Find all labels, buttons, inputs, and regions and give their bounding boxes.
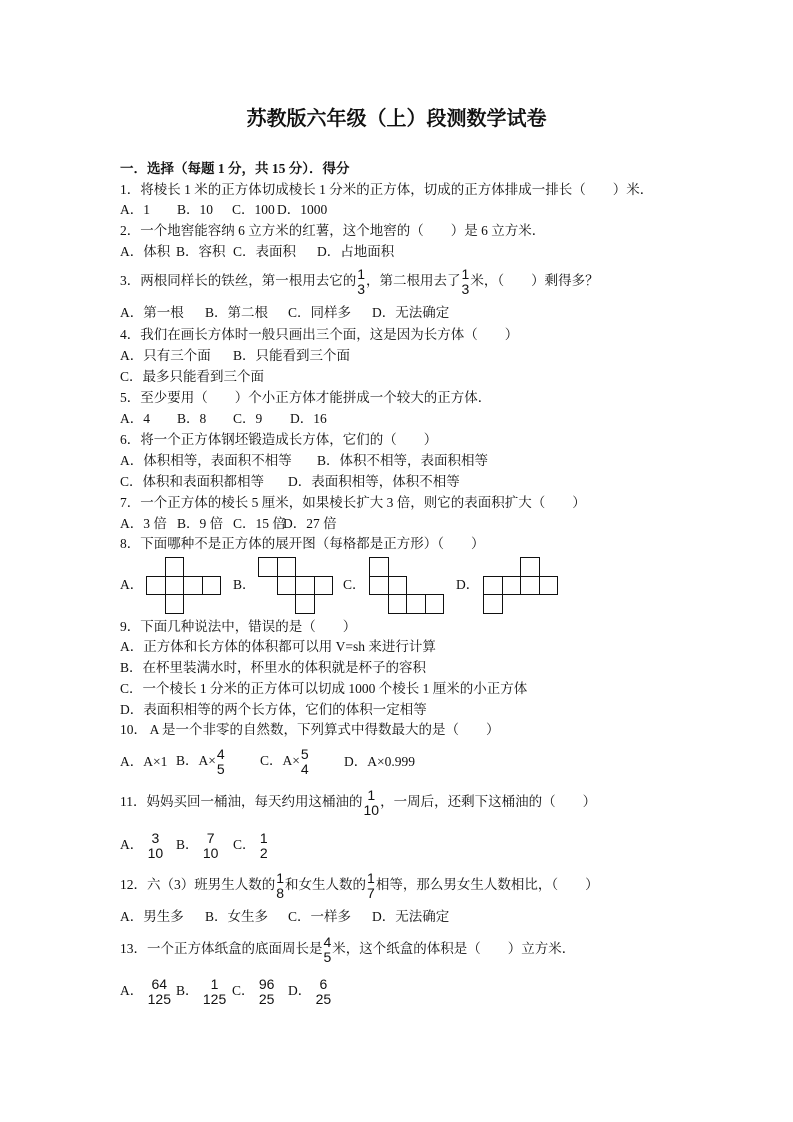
question-text: A 是一个非零的自然数，下列算式中得数最大的是（ ） [147, 722, 500, 737]
numerator: 4 [324, 935, 332, 950]
net-square [165, 576, 185, 596]
net-square [369, 557, 389, 577]
question-11-option-c: C． 12 [233, 831, 269, 861]
option-label: A． [120, 244, 143, 259]
net-square [295, 576, 315, 596]
option-label: C． [288, 909, 311, 924]
option-label: B． [205, 305, 228, 320]
fraction: 13 [462, 267, 470, 297]
question-8-option-a-label: A． [120, 575, 143, 595]
question-number: 12． [120, 877, 147, 892]
question-text: 下面几种说法中，错误的是（ ） [140, 619, 356, 634]
option-label: C． [120, 369, 143, 384]
option-label: B． [205, 909, 228, 924]
option-text: 27 倍 [306, 516, 336, 531]
question-2-option-c: C．表面积 [233, 242, 296, 262]
denominator: 3 [462, 282, 470, 297]
option-label: A． [120, 411, 143, 426]
option-text: 体积 [143, 244, 170, 259]
section-heading: 一．选择（每题 1 分，共 15 分）．得分 [120, 159, 350, 179]
fraction: 310 [148, 831, 164, 861]
option-label: A． [120, 305, 143, 320]
option-label: B． [176, 244, 199, 259]
option-text: 男生多 [143, 909, 184, 924]
option-text: 4 [143, 411, 150, 426]
question-2-option-d: D．占地面积 [317, 242, 394, 262]
numerator: 1 [462, 267, 470, 282]
question-13-option-d: D． 625 [288, 977, 332, 1007]
question-text: ，一周后，还剩下这桶油的（ ） [380, 794, 596, 809]
question-3-option-b: B．第二根 [205, 303, 268, 323]
net-square [520, 576, 540, 596]
question-number: 3． [120, 273, 140, 288]
option-label: B． [176, 983, 199, 998]
question-6-option-b: B．体积不相等，表面积相等 [317, 451, 488, 471]
question-9-option-a: A．正方体和长方体的体积都可以用 V=sh 来进行计算 [120, 637, 436, 657]
option-label: C． [233, 244, 256, 259]
question-1-option-b: B．10 [177, 200, 213, 220]
net-square [388, 594, 408, 614]
fraction: 45 [217, 747, 225, 777]
option-label: B． [317, 453, 340, 468]
question-13-stem: 13．一个正方体纸盒的底面周长是45米，这个纸盒的体积是（ ）立方米． [120, 935, 575, 965]
option-label: B． [233, 348, 256, 363]
question-number: 4． [120, 327, 140, 342]
question-9-stem: 9．下面几种说法中，错误的是（ ） [120, 617, 356, 637]
numerator: 1 [367, 871, 375, 886]
option-label: C． [120, 681, 143, 696]
question-5-stem: 5．至少要用（ ）个小正方体才能拼成一个较大的正方体． [120, 388, 491, 408]
net-square [406, 594, 426, 614]
cube-net-a [146, 557, 226, 617]
numerator: 7 [203, 831, 219, 846]
question-3-option-d: D．无法确定 [372, 303, 449, 323]
option-text: 表面积 [256, 244, 297, 259]
question-text: 六（3）班男生人数的 [147, 877, 275, 892]
numerator: 6 [316, 977, 332, 992]
exam-page: 苏教版六年级（上）段测数学试卷 一．选择（每题 1 分，共 15 分）．得分 1… [0, 0, 793, 1122]
question-text: 一个正方体纸盒的底面周长是 [147, 941, 323, 956]
denominator: 125 [203, 992, 226, 1007]
numerator: 1 [203, 977, 226, 992]
question-7-option-b: B．9 倍 [177, 514, 223, 534]
net-square [483, 594, 503, 614]
net-square [183, 576, 203, 596]
numerator: 1 [357, 267, 365, 282]
question-1-option-d: D．1000 [277, 200, 327, 220]
option-text: 9 [256, 411, 263, 426]
denominator: 10 [148, 846, 164, 861]
fraction: 9625 [259, 977, 275, 1007]
question-number: 8． [120, 536, 140, 551]
option-text: A×0.999 [367, 754, 415, 769]
net-square [502, 576, 522, 596]
denominator: 3 [357, 282, 365, 297]
question-6-option-d: D．表面积相等，体积不相等 [288, 472, 460, 492]
net-square [388, 576, 408, 596]
question-8-option-c-label: C． [343, 575, 366, 595]
option-text: 第一根 [143, 305, 184, 320]
option-label: C． [288, 305, 311, 320]
option-label: D． [372, 909, 395, 924]
numerator: 1 [260, 831, 268, 846]
question-8-option-b-label: B． [233, 575, 256, 595]
question-number: 11． [120, 794, 147, 809]
option-text: 容积 [199, 244, 226, 259]
cube-net-c [369, 557, 449, 617]
net-square [539, 576, 559, 596]
option-label: A． [120, 516, 143, 531]
question-13-option-a: A． 64125 [120, 977, 172, 1007]
option-text: 10 [200, 202, 214, 217]
fraction: 54 [301, 747, 309, 777]
question-text: 妈妈买回一桶油，每天约用这桶油的 [147, 794, 363, 809]
fraction: 710 [203, 831, 219, 861]
option-text: 第二根 [228, 305, 269, 320]
denominator: 10 [203, 846, 219, 861]
question-text: 将棱长 1 米的正方体切成棱长 1 分米的正方体，切成的正方体排成一排长（ ）米… [140, 182, 653, 197]
option-text: 8 [200, 411, 207, 426]
denominator: 4 [301, 762, 309, 777]
question-13-option-b: B． 1125 [176, 977, 227, 1007]
question-6-stem: 6．将一个正方体钢坯锻造成长方体，它们的（ ） [120, 430, 437, 450]
option-text: 100 [255, 202, 275, 217]
question-8-option-d-label: D． [456, 575, 479, 595]
option-text: 1000 [300, 202, 327, 217]
question-5-option-a: A．4 [120, 409, 150, 429]
denominator: 7 [367, 886, 375, 901]
option-text: 无法确定 [395, 305, 449, 320]
question-9-option-d: D．表面积相等的两个长方体，它们的体积一定相等 [120, 700, 427, 720]
option-label: A． [120, 348, 143, 363]
question-text: 下面哪种不是正方体的展开图（每格都是正方形）（ ） [140, 536, 484, 551]
question-text: 将一个正方体钢坯锻造成长方体，它们的（ ） [140, 432, 437, 447]
option-text: 16 [313, 411, 327, 426]
question-2-stem: 2．一个地窖能容纳 6 立方米的红薯，这个地窖的（ ）是 6 立方米． [120, 221, 545, 241]
net-square [277, 557, 297, 577]
net-square [277, 576, 297, 596]
option-label: C． [233, 837, 256, 852]
option-label: A． [120, 453, 143, 468]
option-label: D． [283, 516, 306, 531]
option-text: 只有三个面 [143, 348, 211, 363]
question-number: 10． [120, 722, 147, 737]
question-3-stem: 3．两根同样长的铁丝，第一根用去它的13，第二根用去了13米，（ ）剩得多？ [120, 267, 599, 297]
question-text: 两根同样长的铁丝，第一根用去它的 [140, 273, 356, 288]
question-1-option-a: A．1 [120, 200, 150, 220]
option-text: 只能看到三个面 [256, 348, 351, 363]
option-text: 3 倍 [143, 516, 167, 531]
option-label: B． [177, 411, 200, 426]
option-text: 体积不相等，表面积相等 [340, 453, 489, 468]
question-4-option-c: C．最多只能看到三个面 [120, 367, 264, 387]
question-4-option-a: A．只有三个面 [120, 346, 211, 366]
question-7-option-d: D．27 倍 [283, 514, 337, 534]
question-9-option-b: B．在杯里装满水时，杯里水的体积就是杯子的容积 [120, 658, 426, 678]
net-square [314, 576, 334, 596]
question-11-stem: 11．妈妈买回一桶油，每天约用这桶油的110，一周后，还剩下这桶油的（ ） [120, 788, 596, 818]
fraction: 625 [316, 977, 332, 1007]
question-number: 13． [120, 941, 147, 956]
option-label: B． [176, 753, 199, 768]
question-number: 6． [120, 432, 140, 447]
option-text: 表面积相等，体积不相等 [311, 474, 460, 489]
net-square [165, 594, 185, 614]
question-text: 相等，那么男女生人数相比，（ ） [376, 877, 599, 892]
option-label: A． [120, 754, 143, 769]
option-label: A． [120, 202, 143, 217]
option-text: 同样多 [311, 305, 352, 320]
question-text: 米，（ ）剩得多？ [470, 273, 598, 288]
option-label: C． [232, 983, 255, 998]
option-text: A× [199, 753, 216, 768]
option-label: D． [344, 754, 367, 769]
question-7-option-c: C．15 倍 [233, 514, 286, 534]
option-label: A． [120, 909, 143, 924]
option-text: 体积相等，表面积不相等 [143, 453, 292, 468]
question-12-stem: 12．六（3）班男生人数的18和女生人数的17相等，那么男女生人数相比，（ ） [120, 871, 599, 901]
option-label: A． [120, 837, 143, 852]
question-6-option-a: A．体积相等，表面积不相等 [120, 451, 292, 471]
net-square [202, 576, 222, 596]
question-10-stem: 10． A 是一个非零的自然数，下列算式中得数最大的是（ ） [120, 720, 500, 740]
question-12-option-a: A．男生多 [120, 907, 184, 927]
option-label: C． [233, 516, 256, 531]
numerator: 96 [259, 977, 275, 992]
question-13-option-c: C． 9625 [232, 977, 275, 1007]
numerator: 1 [364, 788, 380, 803]
option-text: 无法确定 [395, 909, 449, 924]
numerator: 3 [148, 831, 164, 846]
option-text: 表面积相等的两个长方体，它们的体积一定相等 [143, 702, 427, 717]
option-label: D． [317, 244, 340, 259]
option-text: 正方体和长方体的体积都可以用 V=sh 来进行计算 [143, 639, 436, 654]
option-text: 9 倍 [200, 516, 224, 531]
question-number: 2． [120, 223, 140, 238]
question-10-option-a: A．A×1 [120, 752, 167, 772]
question-7-option-a: A．3 倍 [120, 514, 167, 534]
option-label: B． [177, 516, 200, 531]
option-text: 在杯里装满水时，杯里水的体积就是杯子的容积 [143, 660, 427, 675]
cube-net-b [258, 557, 338, 617]
net-square [520, 557, 540, 577]
option-label: C． [233, 411, 256, 426]
question-9-option-c: C．一个棱长 1 分米的正方体可以切成 1000 个棱长 1 厘米的小正方体 [120, 679, 527, 699]
question-5-option-c: C．9 [233, 409, 262, 429]
fraction: 64125 [148, 977, 171, 1007]
fraction: 1125 [203, 977, 226, 1007]
net-square [369, 576, 389, 596]
option-label: B． [176, 837, 199, 852]
fraction: 17 [367, 871, 375, 901]
question-1-stem: 1．将棱长 1 米的正方体切成棱长 1 分米的正方体，切成的正方体排成一排长（ … [120, 180, 653, 200]
option-text: A×1 [143, 754, 167, 769]
fraction: 13 [357, 267, 365, 297]
option-text: 1 [143, 202, 150, 217]
numerator: 1 [276, 871, 284, 886]
question-number: 9． [120, 619, 140, 634]
question-5-option-b: B．8 [177, 409, 206, 429]
question-text: 我们在画长方体时一般只画出三个面，这是因为长方体（ ） [140, 327, 518, 342]
option-text: A× [283, 753, 300, 768]
question-10-option-c: C．A×54 [260, 747, 310, 777]
option-label: D． [288, 983, 311, 998]
option-label: C． [260, 753, 283, 768]
net-square [425, 594, 445, 614]
option-label: D． [288, 474, 311, 489]
option-label: C． [120, 474, 143, 489]
question-11-option-a: A． 310 [120, 831, 164, 861]
option-label: C． [232, 202, 255, 217]
option-text: 占地面积 [340, 244, 394, 259]
option-label: B． [120, 660, 143, 675]
option-label: D． [372, 305, 395, 320]
fraction: 110 [364, 788, 380, 818]
question-number: 7． [120, 495, 140, 510]
question-text: 米，这个纸盒的体积是（ ）立方米． [332, 941, 575, 956]
question-3-option-a: A．第一根 [120, 303, 184, 323]
net-square [295, 594, 315, 614]
net-square [483, 576, 503, 596]
question-12-option-c: C．一样多 [288, 907, 351, 927]
option-label: A． [120, 983, 143, 998]
denominator: 8 [276, 886, 284, 901]
numerator: 64 [148, 977, 171, 992]
question-12-option-b: B．女生多 [205, 907, 268, 927]
option-text: 一样多 [311, 909, 352, 924]
denominator: 125 [148, 992, 171, 1007]
question-1-option-c: C．100 [232, 200, 275, 220]
question-2-option-a: A．体积 [120, 242, 170, 262]
question-text: 一个地窖能容纳 6 立方米的红薯，这个地窖的（ ）是 6 立方米． [140, 223, 545, 238]
question-8-stem: 8．下面哪种不是正方体的展开图（每格都是正方形）（ ） [120, 534, 485, 554]
option-text: 女生多 [228, 909, 269, 924]
option-text: 15 倍 [256, 516, 286, 531]
fraction: 12 [260, 831, 268, 861]
option-text: 最多只能看到三个面 [143, 369, 265, 384]
question-3-option-c: C．同样多 [288, 303, 351, 323]
option-label: D． [290, 411, 313, 426]
option-label: B． [177, 202, 200, 217]
option-text: 体积和表面积都相等 [143, 474, 265, 489]
question-text: 至少要用（ ）个小正方体才能拼成一个较大的正方体． [140, 390, 491, 405]
page-title: 苏教版六年级（上）段测数学试卷 [0, 107, 793, 129]
option-label: D． [277, 202, 300, 217]
question-text: 和女生人数的 [285, 877, 366, 892]
numerator: 5 [301, 747, 309, 762]
question-10-option-b: B．A×45 [176, 747, 226, 777]
denominator: 5 [324, 950, 332, 965]
denominator: 5 [217, 762, 225, 777]
question-text: ，第二根用去了 [366, 273, 461, 288]
fraction: 45 [324, 935, 332, 965]
option-label: D． [120, 702, 143, 717]
question-6-option-c: C．体积和表面积都相等 [120, 472, 264, 492]
denominator: 10 [364, 803, 380, 818]
fraction: 18 [276, 871, 284, 901]
question-number: 5． [120, 390, 140, 405]
denominator: 25 [259, 992, 275, 1007]
question-4-option-b: B．只能看到三个面 [233, 346, 350, 366]
cube-net-d [483, 557, 563, 617]
option-label: A． [120, 639, 143, 654]
denominator: 25 [316, 992, 332, 1007]
net-square [165, 557, 185, 577]
question-5-option-d: D．16 [290, 409, 327, 429]
question-2-option-b: B．容积 [176, 242, 226, 262]
denominator: 2 [260, 846, 268, 861]
question-7-stem: 7．一个正方体的棱长 5 厘米，如果棱长扩大 3 倍，则它的表面积扩大（ ） [120, 493, 586, 513]
question-10-option-d: D．A×0.999 [344, 752, 415, 772]
question-number: 1． [120, 182, 140, 197]
question-12-option-d: D．无法确定 [372, 907, 449, 927]
option-text: 一个棱长 1 分米的正方体可以切成 1000 个棱长 1 厘米的小正方体 [143, 681, 528, 696]
question-text: 一个正方体的棱长 5 厘米，如果棱长扩大 3 倍，则它的表面积扩大（ ） [140, 495, 586, 510]
question-4-stem: 4．我们在画长方体时一般只画出三个面，这是因为长方体（ ） [120, 325, 518, 345]
question-11-option-b: B． 710 [176, 831, 219, 861]
numerator: 4 [217, 747, 225, 762]
net-square [146, 576, 166, 596]
net-square [258, 557, 278, 577]
